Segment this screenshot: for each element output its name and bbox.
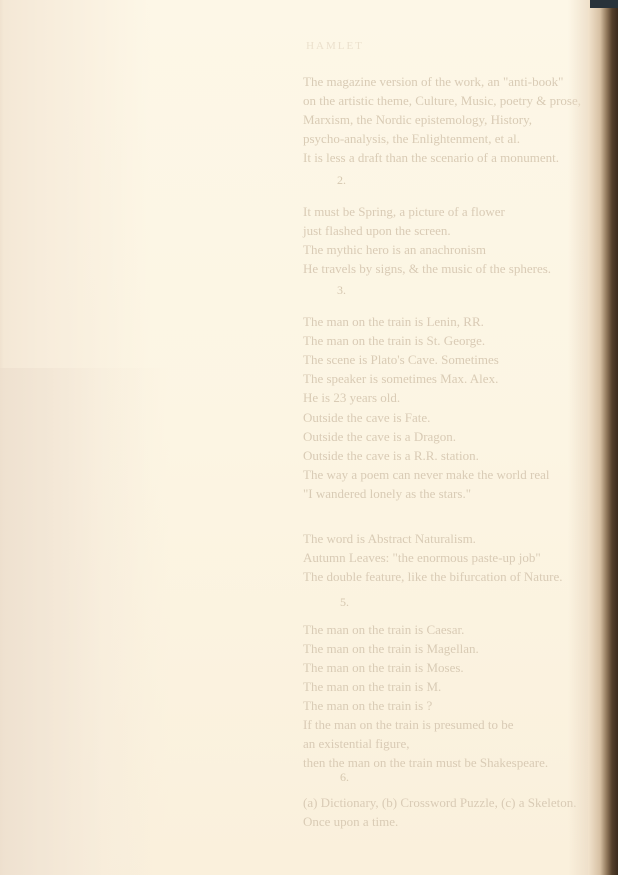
text-line: Outside the cave is Fate. (303, 408, 550, 427)
scan-corner (590, 0, 618, 8)
text-line: The man on the train is Caesar. (303, 620, 548, 639)
running-head: HAMLET (300, 40, 370, 52)
text-line: He travels by signs, & the music of the … (303, 259, 551, 278)
section-number: 6. (340, 770, 349, 785)
stanza-4: Outside the cave is Fate. Outside the ca… (303, 408, 550, 503)
text-line: The man on the train is Moses. (303, 658, 548, 677)
text-line: The scene is Plato's Cave. Sometimes (303, 350, 499, 369)
text-line: The man on the train is M. (303, 677, 548, 696)
text-line: The man on the train is Lenin, RR. (303, 312, 499, 331)
text-line: Outside the cave is a R.R. station. (303, 446, 550, 465)
text-line: The man on the train is St. George. (303, 331, 499, 350)
text-line: The magazine version of the work, an "an… (303, 72, 581, 91)
text-line: just flashed upon the screen. (303, 221, 551, 240)
text-line: It is less a draft than the scenario of … (303, 148, 581, 167)
text-line: The man on the train is Magellan. (303, 639, 548, 658)
text-line: The way a poem can never make the world … (303, 465, 550, 484)
text-line: Outside the cave is a Dragon. (303, 427, 550, 446)
text-line: Autumn Leaves: "the enormous paste-up jo… (303, 548, 563, 567)
text-line: It must be Spring, a picture of a flower (303, 202, 551, 221)
text-line: on the artistic theme, Culture, Music, p… (303, 91, 581, 110)
stanza-7: (a) Dictionary, (b) Crossword Puzzle, (c… (303, 793, 577, 831)
section-number: 3. (337, 283, 346, 298)
text-line: Once upon a time. (303, 812, 577, 831)
section-number: 2. (337, 173, 346, 188)
text-line: The word is Abstract Naturalism. (303, 529, 563, 548)
stanza-2: It must be Spring, a picture of a flower… (303, 202, 551, 278)
stanza-3: The man on the train is Lenin, RR. The m… (303, 312, 499, 407)
stanza-5: The word is Abstract Naturalism. Autumn … (303, 529, 563, 586)
text-line: The man on the train is ? (303, 696, 548, 715)
stanza-1: The magazine version of the work, an "an… (303, 72, 581, 167)
text-line: He is 23 years old. (303, 388, 499, 407)
text-line: "I wandered lonely as the stars." (303, 484, 550, 503)
section-number: 5. (340, 595, 349, 610)
book-page: HAMLET The magazine version of the work,… (0, 0, 618, 875)
text-line: psycho-analysis, the Enlightenment, et a… (303, 129, 581, 148)
text-line: If the man on the train is presumed to b… (303, 715, 548, 734)
book-gutter-shadow (588, 0, 618, 875)
stanza-6: The man on the train is Caesar. The man … (303, 620, 548, 772)
text-line: The mythic hero is an anachronism (303, 240, 551, 259)
text-line: an existential figure, (303, 734, 548, 753)
text-line: (a) Dictionary, (b) Crossword Puzzle, (c… (303, 793, 577, 812)
text-line: Marxism, the Nordic epistemology, Histor… (303, 110, 581, 129)
text-line: The double feature, like the bifurcation… (303, 567, 563, 586)
text-line: The speaker is sometimes Max. Alex. (303, 369, 499, 388)
